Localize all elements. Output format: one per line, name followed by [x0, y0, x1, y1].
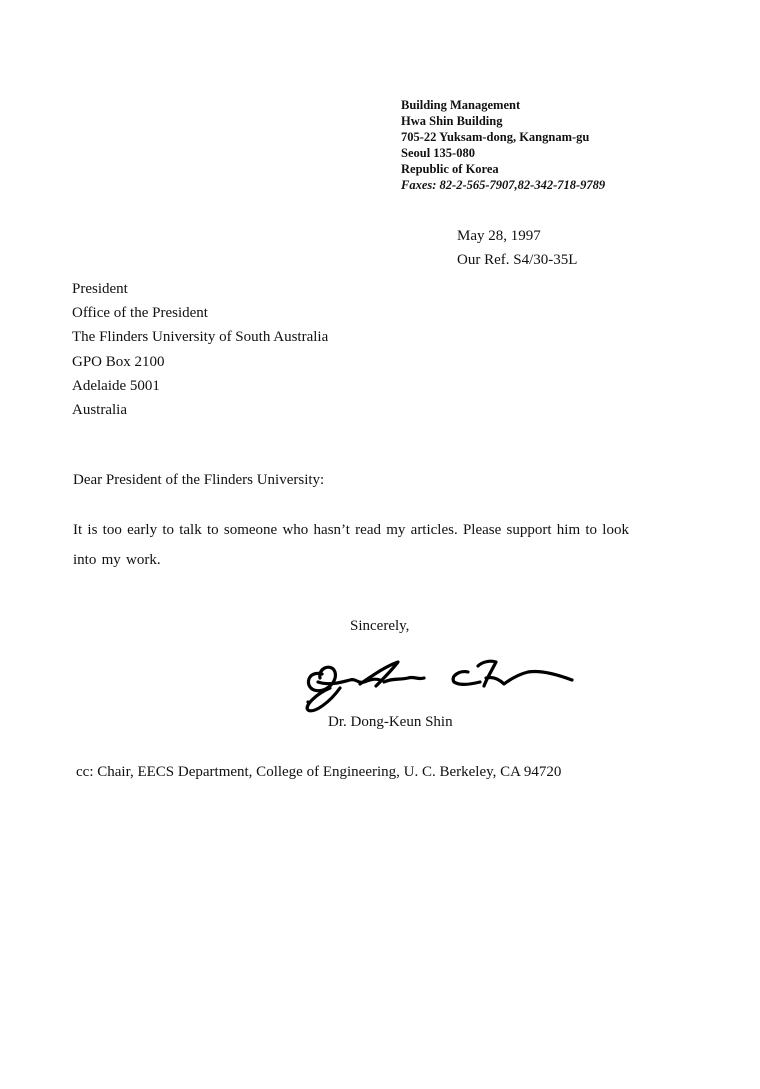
recipient-line: Office of the President	[72, 301, 328, 325]
closing: Sincerely,	[350, 618, 409, 635]
signer-name: Dr. Dong-Keun Shin	[328, 714, 453, 731]
recipient-line: GPO Box 2100	[72, 350, 328, 374]
recipient-address-block: President Office of the President The Fl…	[72, 277, 328, 422]
reference-number: Our Ref. S4/30-35L	[457, 248, 577, 272]
sender-line: Hwa Shin Building	[401, 113, 605, 129]
sender-address-block: Building Management Hwa Shin Building 70…	[401, 97, 605, 193]
letter-body: It is too early to talk to someone who h…	[73, 515, 633, 575]
carbon-copy-line: cc: Chair, EECS Department, College of E…	[76, 764, 561, 781]
sender-line: 705-22 Yuksam-dong, Kangnam-gu	[401, 129, 605, 145]
sender-faxes: Faxes: 82-2-565-7907,82-342-718-9789	[401, 177, 605, 193]
sender-line: Seoul 135-080	[401, 145, 605, 161]
sender-line: Republic of Korea	[401, 161, 605, 177]
date-reference-block: May 28, 1997 Our Ref. S4/30-35L	[457, 224, 577, 272]
signature-icon	[300, 652, 580, 722]
salutation: Dear President of the Flinders Universit…	[73, 472, 324, 489]
recipient-line: The Flinders University of South Austral…	[72, 325, 328, 349]
recipient-line: Australia	[72, 398, 328, 422]
recipient-line: Adelaide 5001	[72, 374, 328, 398]
recipient-line: President	[72, 277, 328, 301]
sender-line: Building Management	[401, 97, 605, 113]
letter-date: May 28, 1997	[457, 224, 577, 248]
